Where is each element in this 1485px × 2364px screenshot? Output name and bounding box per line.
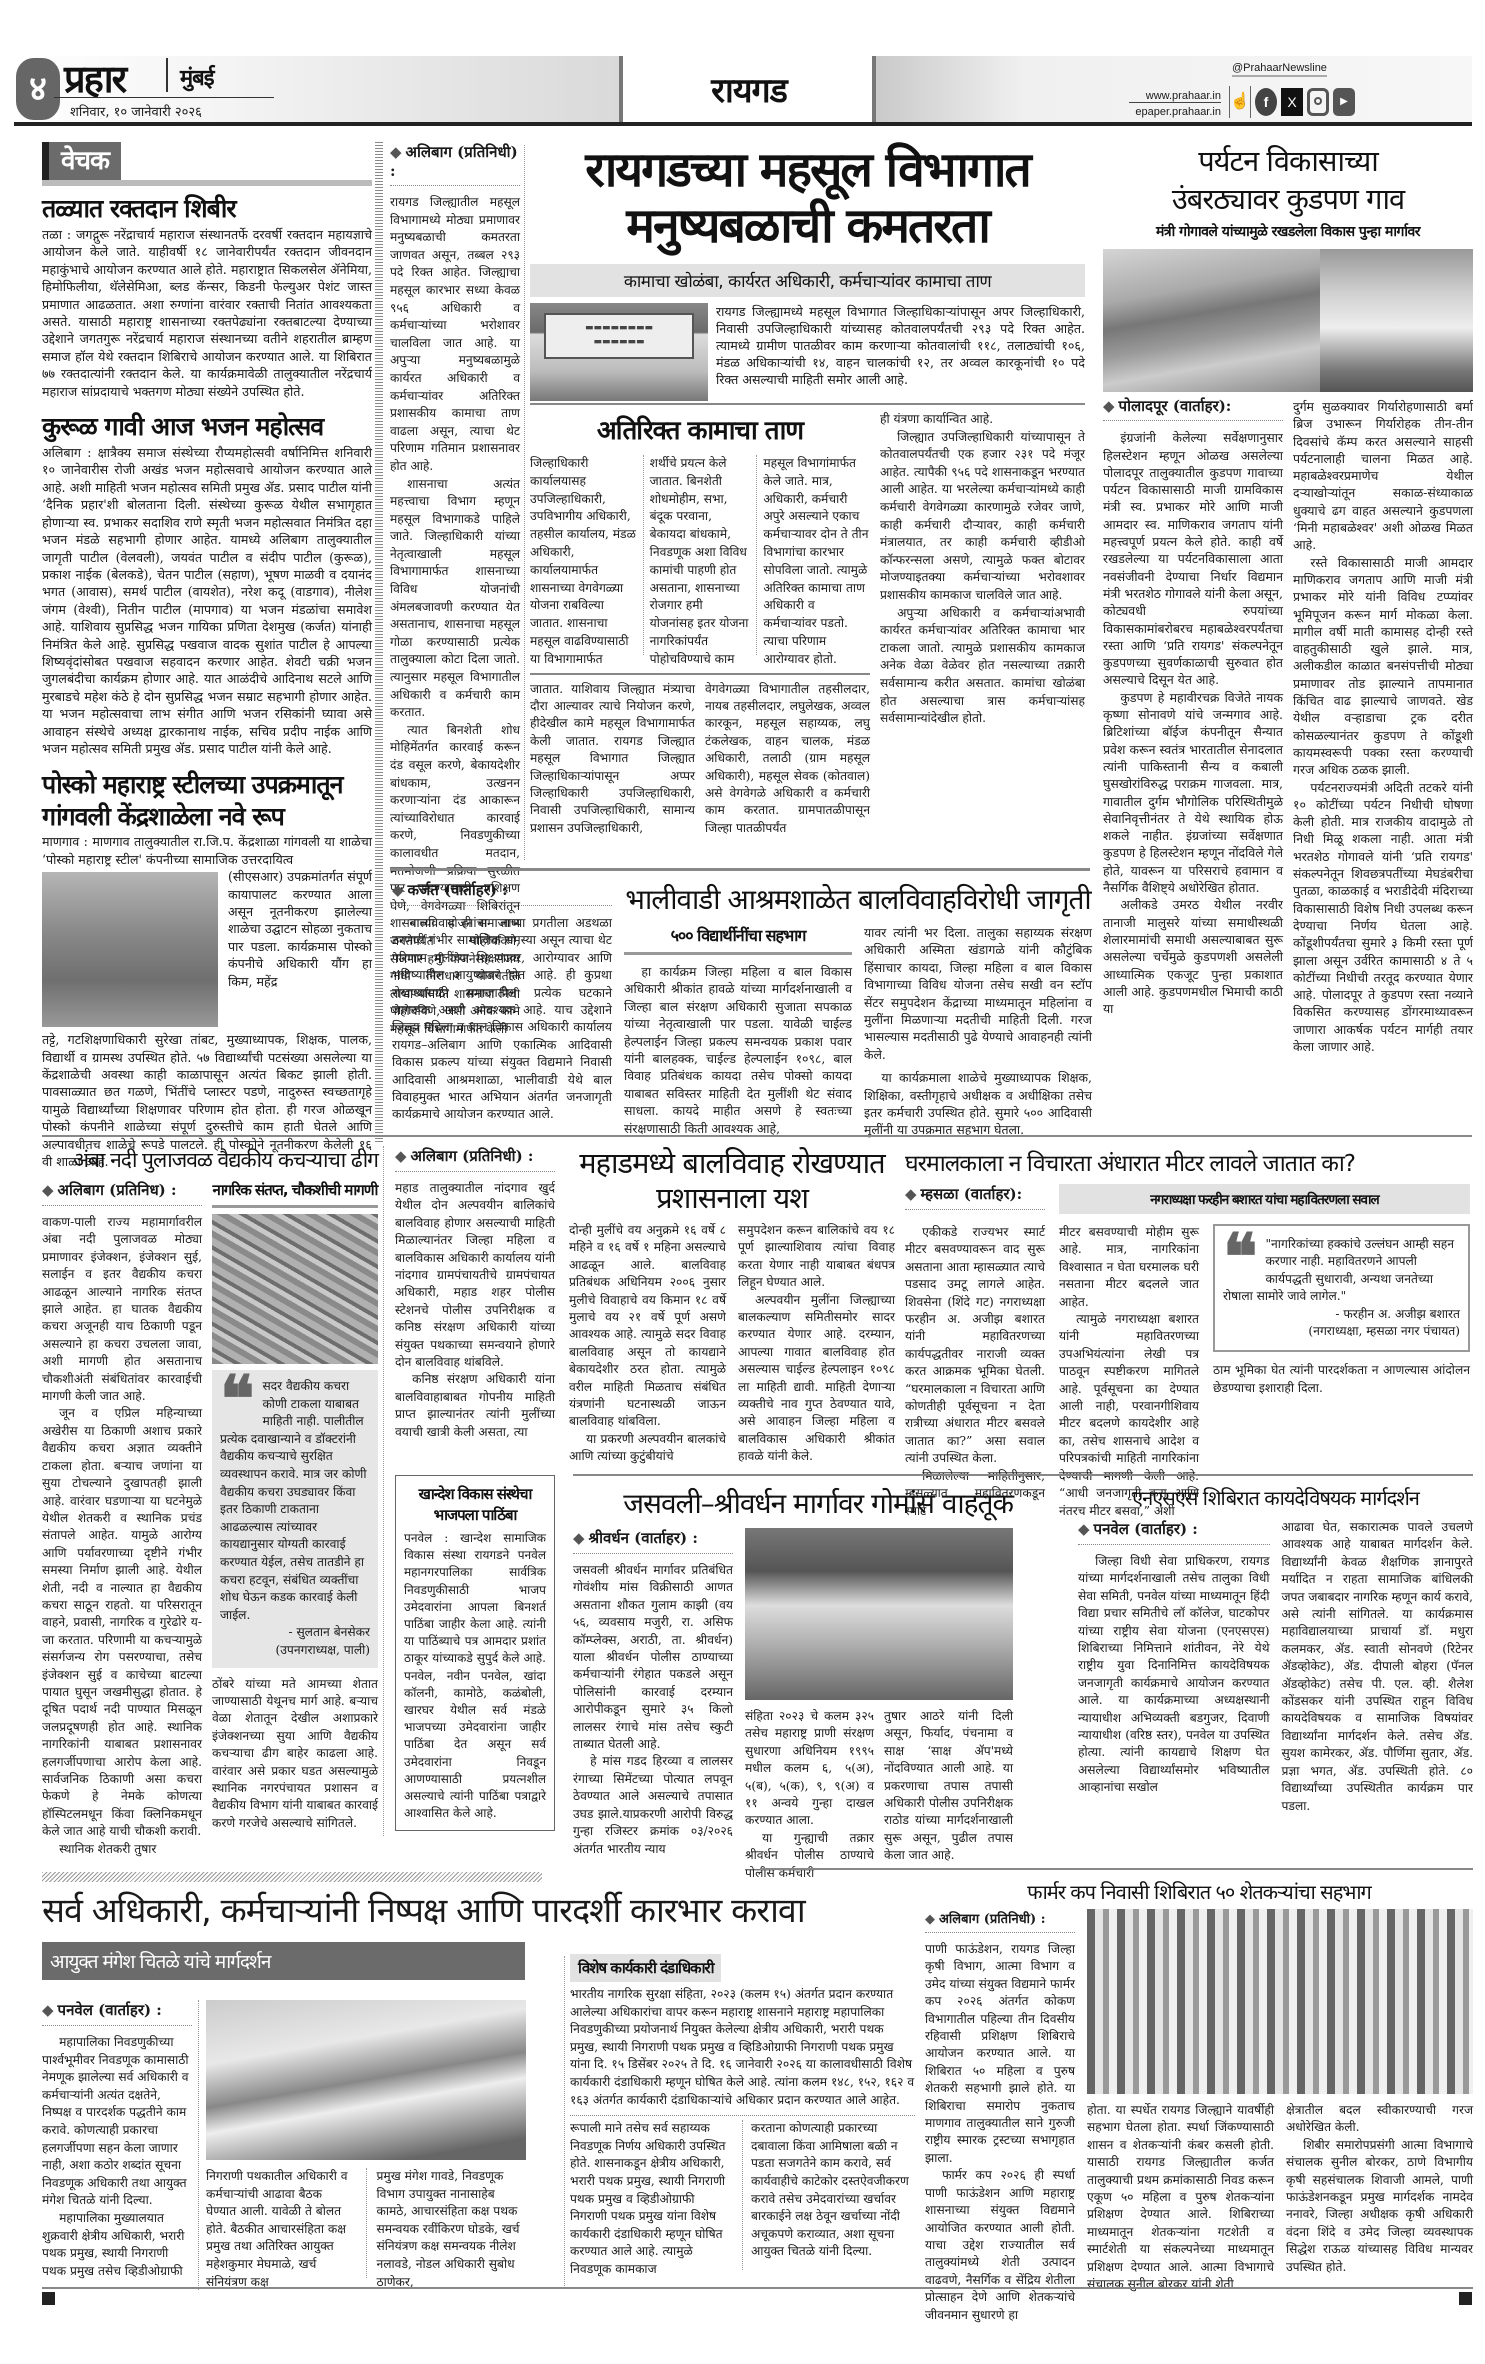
- meeting-photo: [206, 2000, 526, 2160]
- minister-visit-photo: [1320, 249, 1473, 392]
- khandesh-headline: खान्देश विकास संस्थेचा भाजपला पाठिंबा: [404, 1484, 546, 1526]
- issue-date: शनिवार, १० जानेवारी २०२६: [70, 102, 202, 120]
- section-divider-left: [619, 56, 623, 122]
- end-mark: [42, 2292, 55, 2305]
- special-magistrate-box: विशेष कार्यकारी दंडाधिकारी भारतीय नागरिक…: [570, 1954, 915, 2279]
- rule: [530, 673, 870, 675]
- page-number-badge: ४: [16, 58, 60, 120]
- story-headline: कुरूळ गावी आज भजन महोत्सव: [42, 410, 372, 444]
- story-headline: तळ्यात रक्तदान शिबीर: [42, 192, 372, 226]
- bhalivadi-story: ◆कर्जत (वार्ताहर) : बालविवाह ही समाजाच्य…: [392, 880, 1092, 1139]
- photo-summary: रायगड जिल्ह्यामध्ये महसूल विभागात जिल्हा…: [716, 303, 1085, 401]
- koo-icon[interactable]: ☝: [1229, 86, 1251, 118]
- vechak-section: वेचक तळ्यात रक्तदान शिबीर तळा : जगद्गुरू…: [42, 142, 372, 1170]
- dateline: ◆पोलादपूर (वार्ताहर):: [1103, 398, 1283, 421]
- dateline: ◆पनवेल (वार्ताहर) :: [1078, 1519, 1270, 1545]
- quote-mark-icon: ❝: [220, 1378, 254, 1422]
- section-rule: [573, 1474, 1473, 1476]
- story-body: अलिबाग : क्षात्रैक्य समाज संस्थेच्या रौप…: [42, 444, 372, 757]
- bhalivadi-headline: भालीवाडी आश्रमशाळेत बालविवाहविरोधी जागृत…: [624, 880, 1092, 918]
- brand-underline: [164, 97, 274, 98]
- brand-underline: [54, 97, 174, 98]
- kudpan-story: पर्यटन विकासाच्या उंबरठ्यावर कुडपण गाव म…: [1103, 142, 1473, 1055]
- farmers-group-photo: [1087, 1909, 1473, 2094]
- lead-headline: रायगडच्या महसूल विभागात मनुष्यबळाची कमतर…: [530, 142, 1085, 254]
- quote-box: ❝ "नागरिकांच्या हक्कांचे उल्लंघन आम्ही स…: [1213, 1224, 1470, 1352]
- epaper-link[interactable]: epaper.prahaar.in: [1114, 106, 1221, 118]
- lead-subhead: कामाचा खोळंबा, कार्यरत अधिकारी, कर्मचाऱ्…: [530, 264, 1085, 297]
- vechak-rule: [42, 180, 372, 186]
- jasavali-headline: जसवली–श्रीवर्धन मार्गावर गोमांस वाहतूक: [573, 1484, 1013, 1522]
- section-divider: [42, 1872, 542, 1882]
- column-divider: [524, 145, 525, 860]
- brand-divider: [166, 58, 168, 92]
- police-seizure-photo: [745, 1528, 1013, 1700]
- x-icon[interactable]: X: [1281, 88, 1303, 116]
- section-rule: [920, 2287, 1473, 2289]
- nss-headline: एनएसएस शिबिरात कायदेविषयक मार्गदर्शन: [1078, 1484, 1473, 1511]
- social-icons: ☝ f X ▶: [1229, 86, 1355, 118]
- nss-story: एनएसएस शिबिरात कायदेविषयक मार्गदर्शन ◆पन…: [1078, 1484, 1473, 1815]
- amba-headline: अंबा नदी पुलाजवळ वैद्यकीय कचऱ्याचा ढीग: [42, 1146, 378, 1174]
- masthead: ४ प्रहार मुंबई शनिवार, १० जानेवारी २०२६ …: [14, 52, 1472, 122]
- section-divider-right: [872, 56, 876, 122]
- box-title: विशेष कार्यकारी दंडाधिकारी: [570, 1954, 721, 1982]
- panvel-subhead: आयुक्त मंगेश चितळे यांचे मार्गदर्शन: [42, 1942, 525, 1980]
- dateline: ◆म्हसळा (वार्ताहर):: [905, 1184, 1045, 1210]
- city-name: मुंबई: [180, 62, 214, 92]
- bhalivadi-subhead: ५०० विद्यार्थीनींचा सहभाग: [624, 924, 852, 955]
- story-headline: पोस्को महाराष्ट्र स्टीलच्या उपक्रमातून ग…: [42, 769, 372, 833]
- farmer-story: फार्मर कप निवासी शिबिरात ५० शेतकऱ्यांचा …: [925, 1878, 1473, 2324]
- collector-office-photo: ▬▬▬▬▬▬▬▬▬▬▬▬▬▬: [530, 303, 708, 401]
- section-rule: [390, 868, 1090, 871]
- khandesh-box: खान्देश विकास संस्थेचा भाजपला पाठिंबा पन…: [395, 1475, 555, 1831]
- kudpan-headline: पर्यटन विकासाच्या उंबरठ्यावर कुडपण गाव: [1103, 142, 1473, 218]
- medical-waste-photo: [212, 1214, 378, 1364]
- dateline: ◆श्रीवर्धन (वार्ताहर) :: [573, 1528, 733, 1554]
- meter-headline: घरमालकाला न विचारता अंधारात मीटर लावले ज…: [905, 1146, 1470, 1178]
- lead-story: रायगडच्या महसूल विभागात मनुष्यबळाची कमतर…: [530, 142, 1085, 837]
- quote-mark-icon: ❝: [1223, 1236, 1257, 1280]
- story-body: तळा : जगद्गुरू नरेंद्राचार्य महाराज संस्…: [42, 226, 372, 400]
- farmer-headline: फार्मर कप निवासी शिबिरात ५० शेतकऱ्यांचा …: [925, 1878, 1473, 1905]
- website-link[interactable]: www.prahaar.in: [1129, 90, 1221, 103]
- panvel-center: निगराणी पथकातील अधिकारी व कर्मचाऱ्यांची …: [206, 2000, 526, 2291]
- facebook-icon[interactable]: f: [1255, 88, 1277, 116]
- youtube-icon[interactable]: ▶: [1333, 88, 1355, 116]
- road-photo: [1103, 249, 1320, 392]
- rule: [530, 403, 1085, 405]
- dateline: ◆पनवेल (वार्ताहर) :: [42, 2000, 192, 2026]
- end-mark: [1459, 2292, 1472, 2305]
- section-rule: [42, 2287, 922, 2289]
- social-handle[interactable]: @PrahaarNewsline: [1232, 62, 1327, 77]
- panvel-left-col: ◆पनवेल (वार्ताहर) : महापालिका निवडणुकीच्…: [42, 2000, 192, 2280]
- section-rule: [760, 1868, 1473, 1870]
- box-title: अतिरिक्त कामाचा ताण: [530, 411, 870, 447]
- instagram-icon[interactable]: [1307, 88, 1329, 116]
- column-divider: [383, 1146, 384, 1836]
- column-divider: [564, 1956, 565, 2286]
- section-rule: [42, 1135, 1472, 1137]
- column-divider: [375, 142, 383, 1142]
- amba-story: अंबा नदी पुलाजवळ वैद्यकीय कचऱ्याचा ढीग ◆…: [42, 1146, 378, 1858]
- story-body: माणगाव : माणगाव तालुक्यातील रा.जि.प. कें…: [42, 833, 372, 1170]
- kudpan-subhead: मंत्री गोगावले यांच्यामुळे रखडलेला विकास…: [1103, 222, 1473, 241]
- quote-box: ❝ सदर वैद्यकीय कचरा कोणी टाकला याबाबत मा…: [212, 1370, 378, 1668]
- mahad-story: ◆अलिबाग (प्रतिनिधी) : महाड तालुक्यातील न…: [395, 1146, 895, 1466]
- column-divider: [198, 2000, 199, 2290]
- dateline: ◆कर्जत (वार्ताहर) :: [392, 880, 612, 906]
- masthead-rule: [14, 122, 1472, 126]
- panvel-headline: सर्व अधिकारी, कर्मचाऱ्यांनी निष्पक्ष आणि…: [42, 1888, 922, 1934]
- amba-subhead: नागरिक संतप्त, चौकशीची मागणी: [212, 1180, 378, 1208]
- dateline: ◆अलिबाग (प्रतिनिधी) :: [925, 1909, 1075, 1933]
- dateline: ◆अलिबाग (प्रतिनिधी) :: [390, 142, 520, 186]
- meter-subhead: नगराध्यक्षा फरहीन बशारत यांचा महावितरणला…: [1059, 1184, 1470, 1214]
- jasavali-story: जसवली–श्रीवर्धन मार्गावर गोमांस वाहतूक ◆…: [573, 1484, 1013, 1882]
- meter-story: घरमालकाला न विचारता अंधारात मीटर लावले ज…: [905, 1146, 1470, 1520]
- vechak-label: वेचक: [42, 142, 372, 180]
- mahad-headline: महाडमध्ये बालविवाह रोखण्यात प्रशासनाला य…: [569, 1146, 895, 1216]
- dateline: ◆अलिबाग (प्रतिनिध) :: [42, 1180, 202, 1206]
- section-title: रायगड: [626, 66, 872, 112]
- dateline: ◆अलिबाग (प्रतिनिधी) :: [395, 1146, 555, 1172]
- school-photo: [42, 872, 218, 1027]
